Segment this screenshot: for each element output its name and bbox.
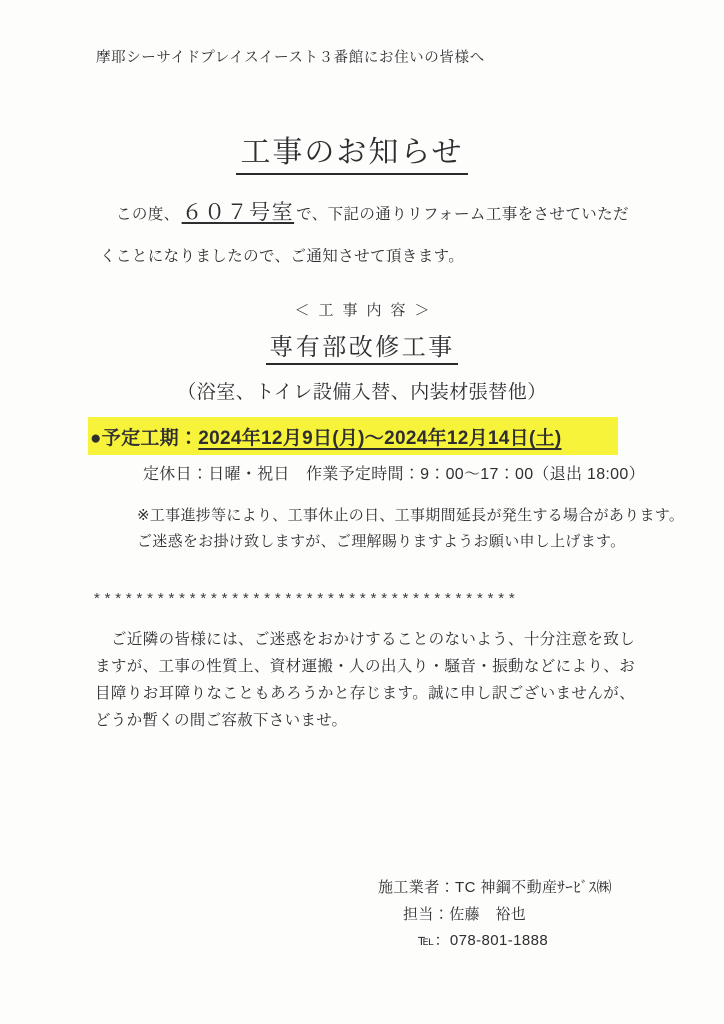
period-text: ●予定工期：2024年12月9日(月)～2024年12月14日(土): [88, 423, 562, 450]
footer-contractor-line: 施工業者：TC 神鋼不動産ｻｰﾋﾞｽ㈱: [378, 876, 612, 897]
contractor-name: TC 神鋼不動産ｻｰﾋﾞｽ㈱: [455, 879, 612, 896]
work-title: 専有部改修工事: [266, 327, 458, 365]
period-label: ●予定工期：: [90, 428, 198, 449]
footer-tel-line: ℡：078-801-1888: [418, 929, 548, 950]
person-name: 佐藤 裕也: [449, 906, 526, 923]
apology-paragraph: ご近隣の皆様には、ご迷惑をおかけすることのないよう、十分注意を致しますが、工事の…: [95, 626, 635, 734]
title-row: 工事のお知らせ: [0, 127, 704, 175]
intro-paragraph: この度、６０７号室で、下記の通りリフォーム工事をさせていただくことになりましたの…: [100, 192, 635, 278]
caution-note-line-2: ご迷惑をお掛け致しますが、ご理解賜りますようお願い申し上げます。: [137, 530, 625, 551]
tel-number: 078-801-1888: [450, 932, 548, 949]
tel-label: ℡：: [418, 932, 450, 949]
footer-person-line: 担当：佐藤 裕也: [403, 903, 526, 924]
period-highlight-band: ●予定工期：2024年12月9日(月)～2024年12月14日(土): [88, 417, 618, 455]
working-hours-line: 定休日：日曜・祝日 作業予定時間：9：00～17：00（退出 18:00）: [143, 461, 645, 484]
period-dates: 2024年12月9日(月)～2024年12月14日(土): [198, 428, 561, 449]
work-scope-line: （浴室、トイレ設備入替、内装材張替他）: [0, 377, 724, 404]
greeting-line: 摩耶シーサイドプレイスイースト３番館にお住いの皆様へ: [96, 46, 485, 67]
notice-title: 工事のお知らせ: [236, 127, 467, 175]
contractor-label: 施工業者：: [378, 879, 455, 896]
room-number: ６０７号室: [180, 201, 297, 224]
caution-note-line-1: ※工事進捗等により、工事休止の日、工事期間延長が発生する場合があります。: [137, 504, 684, 525]
person-label: 担当：: [403, 906, 449, 923]
asterisk-divider: ****************************************: [94, 590, 520, 607]
intro-lead: この度、: [116, 206, 180, 223]
work-title-row: 専有部改修工事: [0, 327, 724, 365]
content-section-heading: ＜工事内容＞: [0, 299, 724, 320]
scanned-notice-page: 摩耶シーサイドプレイスイースト３番館にお住いの皆様へ 工事のお知らせ この度、６…: [0, 0, 724, 1024]
